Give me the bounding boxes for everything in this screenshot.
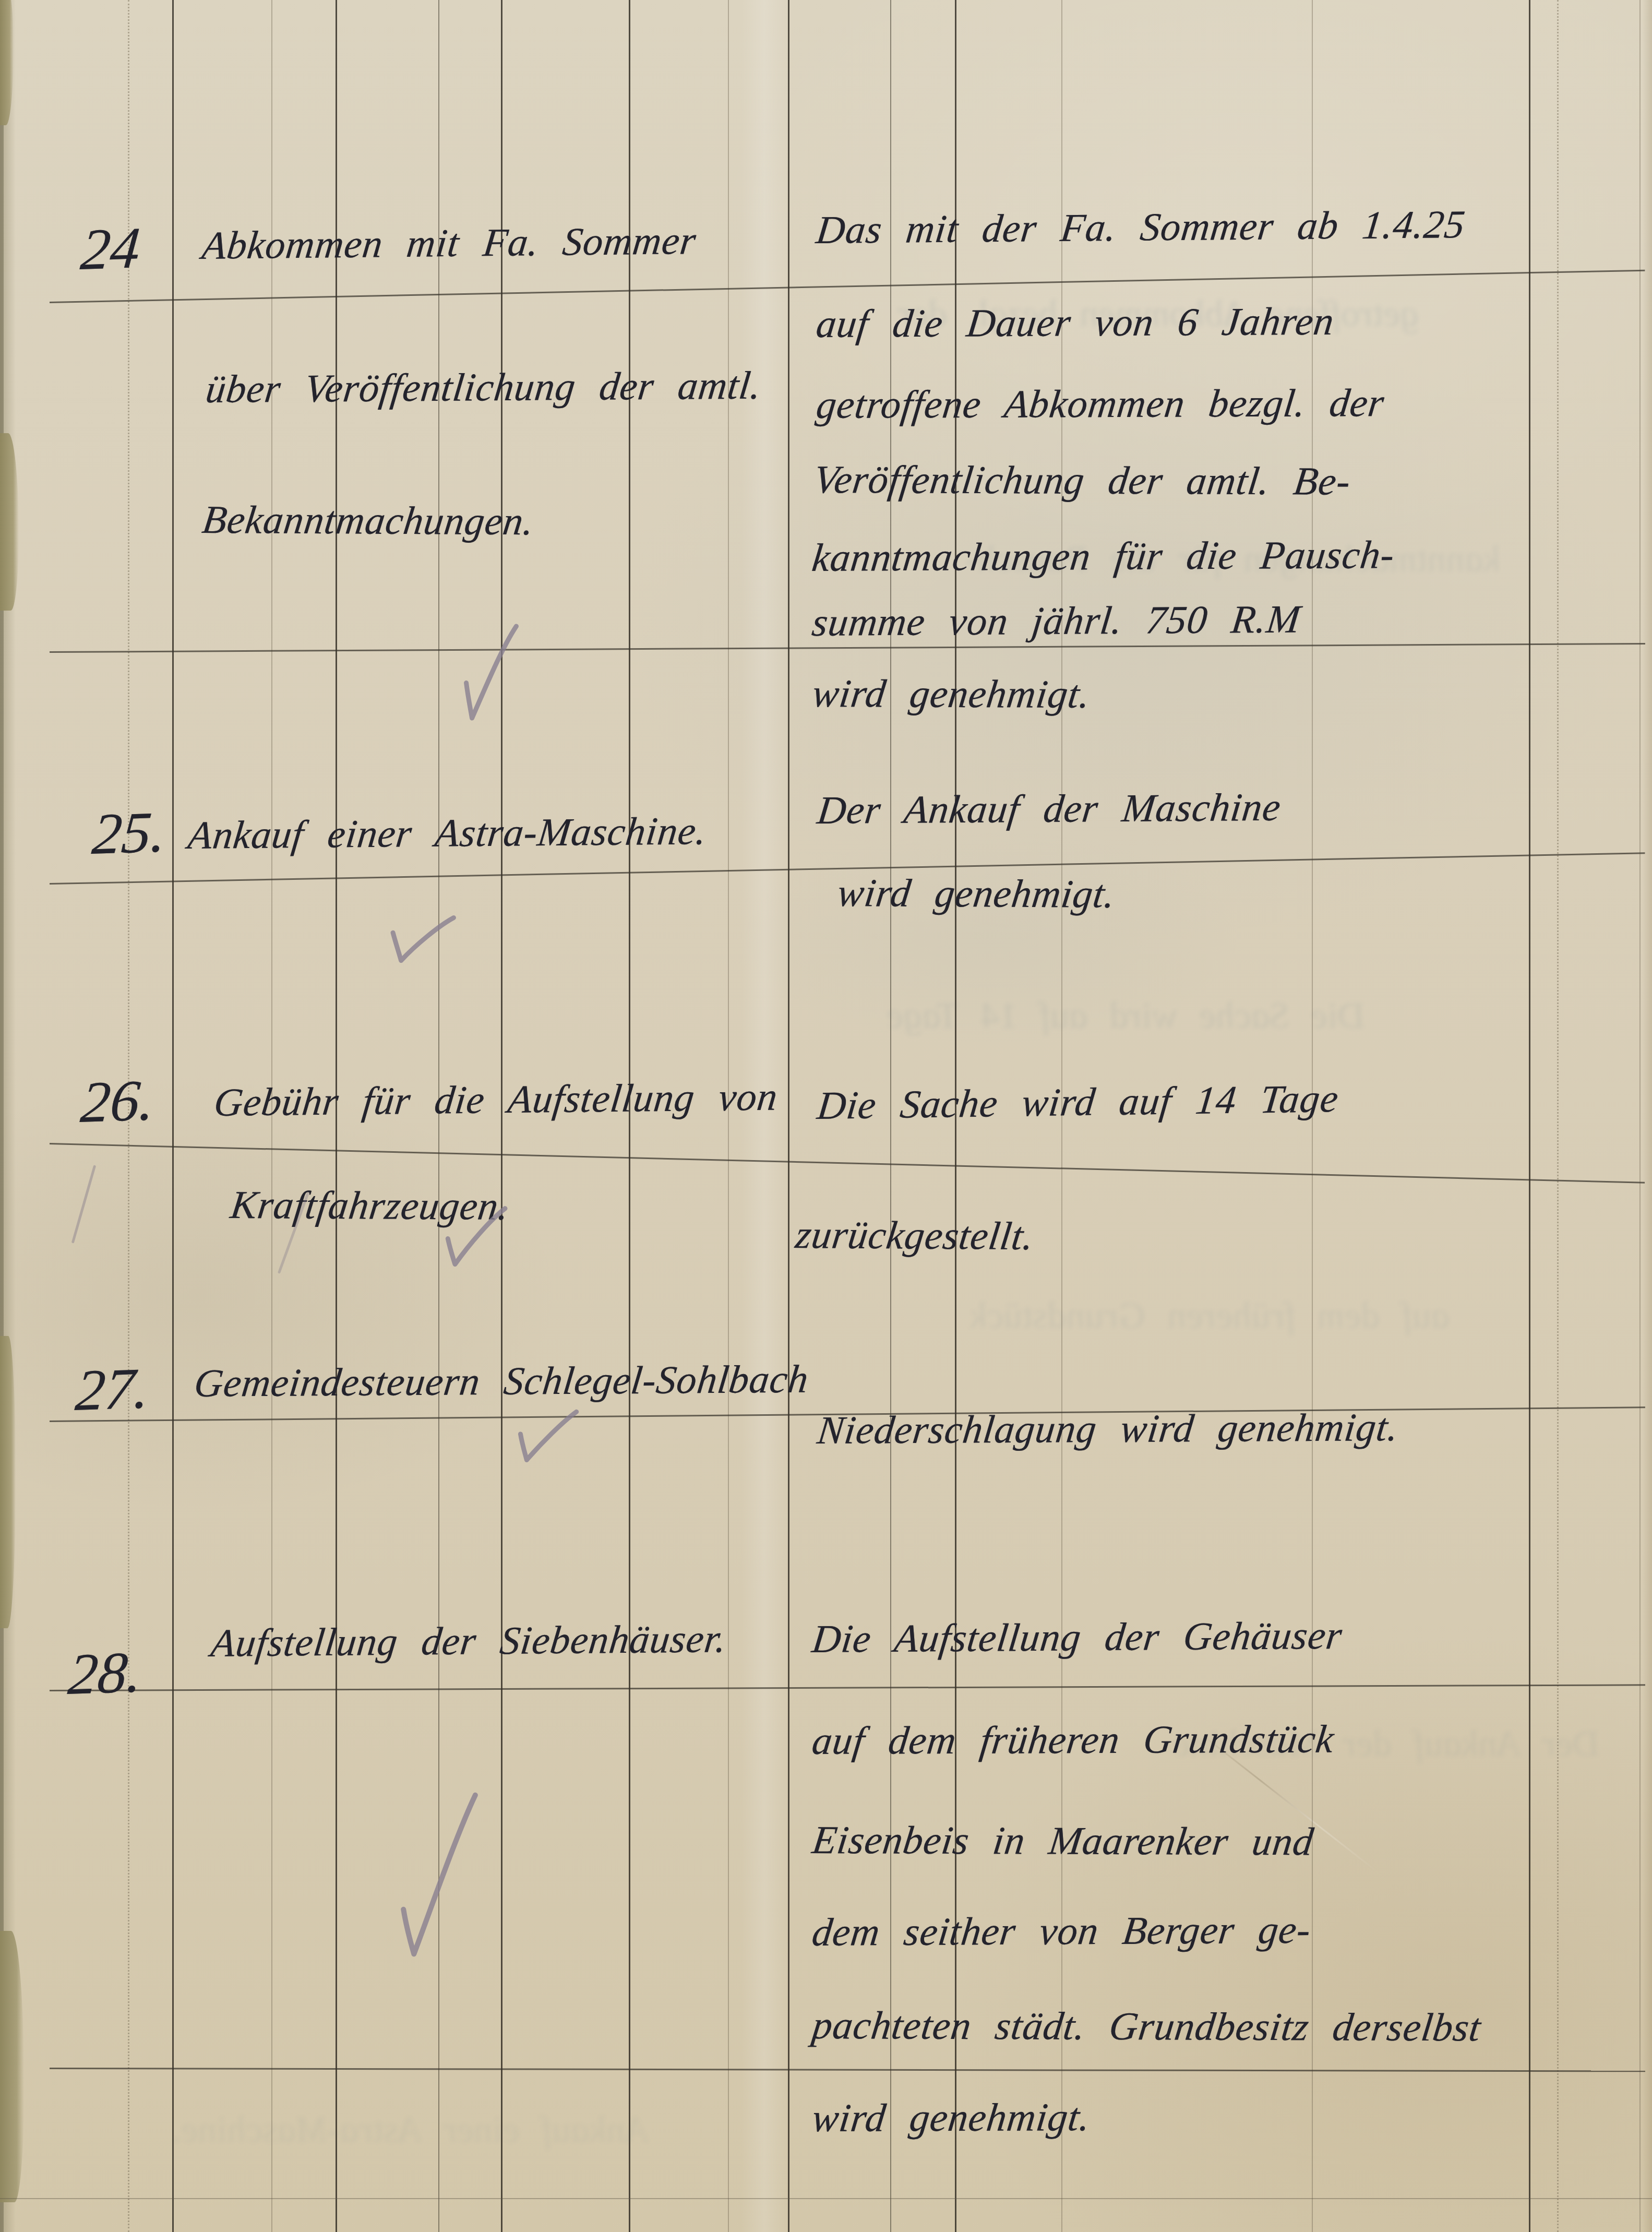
row-rule-entry-28 xyxy=(50,1684,1645,1691)
row-rule-bottom-faint xyxy=(0,2198,1652,2199)
entry-25-resolution-line-1: Der Ankauf der Maschine xyxy=(815,786,1283,833)
torn-paper-fragment xyxy=(0,433,19,611)
entry-28-resolution-line-6: wird genehmigt. xyxy=(810,2096,1093,2140)
entry-28-resolution-line-5: pachteten städt. Grundbesitz derselbst xyxy=(810,2004,1483,2050)
entry-27-subject-line-1: Gemeindesteuern Schlegel-Sohlbach xyxy=(192,1358,811,1406)
pencil-mark xyxy=(71,1165,97,1243)
entry-28-subject-line-1: Aufstellung der Siebenhäuser. xyxy=(209,1617,729,1665)
entry-24-number: 24 xyxy=(78,216,142,282)
entry-24-resolution-line-1: Das mit der Fa. Sommer ab 1.4.25 xyxy=(814,203,1467,252)
entry-25-subject-line-1: Ankauf einer Astra-Maschine. xyxy=(186,809,709,857)
entry-26-number: 26. xyxy=(78,1068,157,1135)
entry-24-resolution-line-4: Veröffentlichung der amtl. Be- xyxy=(811,458,1353,504)
row-rule-lower xyxy=(50,2068,1645,2072)
torn-paper-fragment xyxy=(0,1931,24,2202)
entry-27-number: 27. xyxy=(73,1356,152,1423)
entry-28-resolution-line-2: auf dem früheren Grundstück xyxy=(810,1718,1337,1763)
pencil-checkmark-icon xyxy=(437,1195,511,1278)
entry-27-resolution-line-1: Niederschlagung wird genehmigt. xyxy=(815,1406,1401,1452)
entry-24-subject-line-1: Abkommen mit Fa. Sommer xyxy=(200,219,699,268)
entry-24-resolution-line-2: auf die Dauer von 6 Jahren xyxy=(814,300,1337,347)
column-rule xyxy=(172,0,174,2232)
entry-26-subject-line-1: Gebühr für die Aufstellung von xyxy=(212,1076,780,1125)
entry-25-number: 25. xyxy=(90,800,169,867)
column-divider-rule xyxy=(788,0,789,2232)
entry-28-resolution-line-1: Die Aufstellung der Gehäuser xyxy=(810,1614,1345,1662)
column-rule-dotted xyxy=(1557,0,1559,2232)
torn-binding-edge-line xyxy=(0,0,4,2232)
entry-24-resolution-line-6: summe von jährl. 750 R.M xyxy=(810,598,1303,644)
entry-28-resolution-line-3: Eisenbeis in Maarenker und xyxy=(810,1819,1316,1864)
show-through: Die Sache wird auf 14 Tage xyxy=(884,994,1368,1037)
entry-28-resolution-line-4: dem seither von Berger ge- xyxy=(810,1908,1313,1955)
entry-24-resolution-line-7: wird genehmigt. xyxy=(810,672,1093,717)
show-through: Ankauf einer Astra-Maschine. xyxy=(170,2108,651,2152)
column-rule-faint xyxy=(1639,0,1641,2232)
page-right-edge-shadow xyxy=(1643,0,1652,2232)
ledger-page: getroffene Abkommen bezgl. der kanntmach… xyxy=(0,0,1652,2232)
pencil-checkmark-icon xyxy=(509,1397,581,1473)
entry-24-resolution-line-5: kanntmachungen für die Pausch- xyxy=(810,533,1397,580)
entry-25-resolution-line-2: wird genehmigt. xyxy=(835,872,1118,916)
entry-24-resolution-line-3: getroffene Abkommen bezgl. der xyxy=(814,381,1387,427)
entry-24-subject-line-3: Bekanntmachungen. xyxy=(200,498,537,544)
pencil-checkmark-icon xyxy=(391,1785,482,1965)
column-rule xyxy=(1529,0,1530,2232)
entry-28-number: 28. xyxy=(66,1640,145,1707)
pencil-checkmark-icon xyxy=(380,900,459,977)
entry-26-resolution-line-1: Die Sache wird auf 14 Tage xyxy=(815,1077,1341,1128)
show-through: auf dem früheren Grundstück xyxy=(968,1294,1453,1338)
pencil-checkmark-icon xyxy=(455,616,523,728)
row-rule-entry-26 xyxy=(50,1143,1645,1184)
entry-26-resolution-line-2: zurückgestellt. xyxy=(793,1213,1037,1259)
entry-24-subject-line-2: über Veröffentlichung der amtl. xyxy=(203,364,764,412)
